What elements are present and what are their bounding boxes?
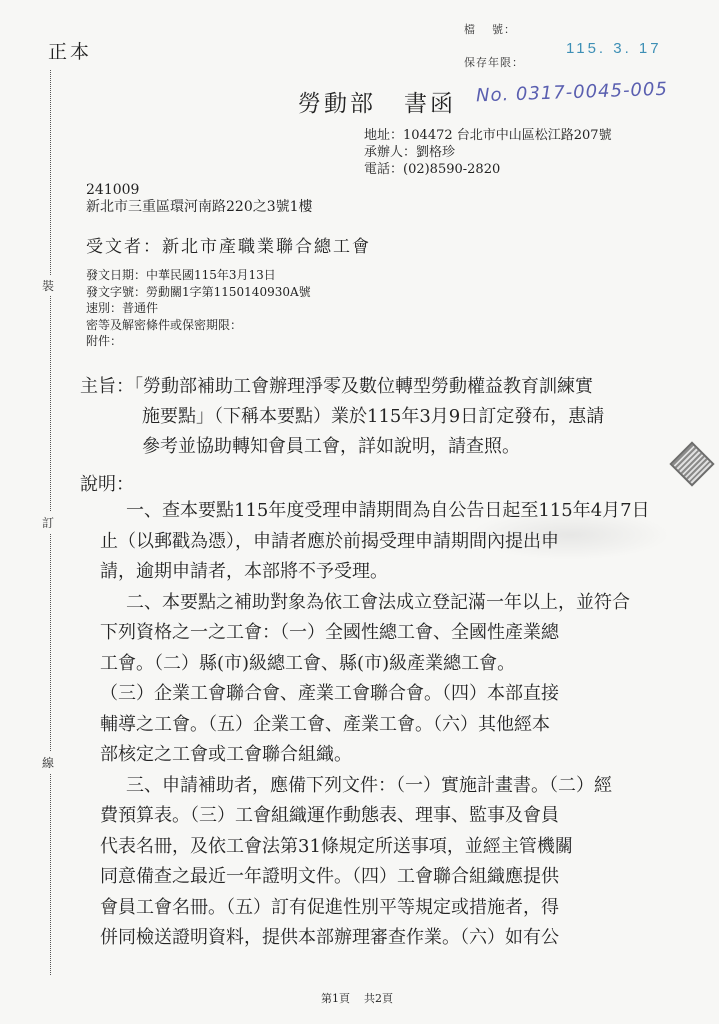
page-number: 第1頁 [321,992,350,1005]
subject-line: 主旨：「勞動部補助工會辦理淨零及數位轉型勞動權益教育訓練實 [80,372,604,402]
explanation-heading: 說明： [80,470,134,496]
title-type: 書函 [404,91,456,117]
sender-address: 地址：104472 台北市中山區松江路207號 [364,127,612,144]
recipient-postal-code: 241009 [86,182,313,199]
item-number: 二、 [100,588,162,619]
item-number: 三、 [100,771,162,802]
retention-period-label: 保存年限： [464,54,524,70]
binding-mark-ding: 訂 [42,512,54,533]
document-number: 發文字號：勞動關1字第1150140930A號 [86,284,311,301]
attachments: 附件： [86,333,311,350]
list-item-line: 會員工會名冊。（五）訂有促進性別平等規定或措施者，得 [100,893,650,924]
list-item-line: 工會。（二）縣(市)級總工會、縣(市)級產業總工會。 [100,649,650,680]
recipient-address-block: 241009 新北市三重區環河南路220之3號1樓 [86,182,313,216]
copy-label: 正本 [48,37,92,64]
list-item-line: 請，逾期申請者，本部將不予受理。 [100,557,650,588]
recipient-name: 受文者：新北市產職業聯合總工會 [86,232,371,257]
list-item: 三、申請補助者，應備下列文件：（一）實施計畫書。（二）經 [100,771,650,802]
subject-section: 主旨：「勞動部補助工會辦理淨零及數位轉型勞動權益教育訓練實 施要點」（下稱本要點… [80,372,604,462]
list-item-line: （三）企業工會聯合會、產業工會聯合會。（四）本部直接 [100,679,650,710]
received-date-stamp: 115. 3. 17 [566,40,662,57]
item-number: 一、 [100,496,162,527]
document-meta: 發文日期：中華民國115年3月13日 發文字號：勞動關1字第1150140930… [86,267,311,350]
subject-line: 施要點」（下稱本要點）業於115年3月9日訂定發布，惠請 [80,402,604,432]
list-item-line: 同意備查之最近一年證明文件。（四）工會聯合組織應提供 [100,862,650,893]
list-item: 二、本要點之補助對象為依工會法成立登記滿一年以上，並符合 [100,588,650,619]
sender-phone: 電話：(02)8590-2820 [364,161,612,178]
page-footer: 第1頁共2頁 [321,990,393,1006]
binding-mark-xian: 線 [42,752,54,773]
document-title: 勞動部書函 [298,85,456,118]
page-total: 共2頁 [364,992,393,1005]
seal-stamp-icon [669,441,714,486]
list-item-line: 代表名冊，及依工會法第31條規定所送事項，並經主管機關 [100,832,650,863]
delivery-speed: 速別：普通件 [86,300,311,317]
list-item-line: 部核定之工會或工會聯合組織。 [100,740,650,771]
list-item-line: 費預算表。（三）工會組織運作動態表、理事、監事及會員 [100,801,650,832]
binding-mark-zhuang: 裝 [42,275,54,296]
file-number-label: 檔號： [464,21,516,37]
list-item-line: 下列資格之一之工會：（一）全國性總工會、全國性產業總 [100,618,650,649]
issue-date: 發文日期：中華民國115年3月13日 [86,267,311,284]
subject-line: 參考並協助轉知會員工會，詳如說明，請查照。 [80,432,604,462]
list-item: 一、查本要點115年度受理申請期間為自公告日起至115年4月7日 [100,496,650,527]
classification: 密等及解密條件或保密期限： [86,317,311,334]
recipient-address: 新北市三重區環河南路220之3號1樓 [86,199,313,216]
list-item-line: 併同檢送證明資料，提供本部辦理審查作業。（六）如有公 [100,923,650,954]
explanation-items: 一、查本要點115年度受理申請期間為自公告日起至115年4月7日 止（以郵戳為憑… [100,496,650,954]
list-item-line: 輔導之工會。（五）企業工會、產業工會。（六）其他經本 [100,710,650,741]
sender-info: 地址：104472 台北市中山區松江路207號 承辦人：劉格珍 電話：(02)8… [364,127,612,178]
sender-contact: 承辦人：劉格珍 [364,144,612,161]
title-org: 勞動部 [298,91,376,117]
list-item-line: 止（以郵戳為憑），申請者應於前揭受理申請期間內提出申 [100,527,650,558]
handwritten-serial-number: No. 0317-0045-005 [476,79,669,107]
